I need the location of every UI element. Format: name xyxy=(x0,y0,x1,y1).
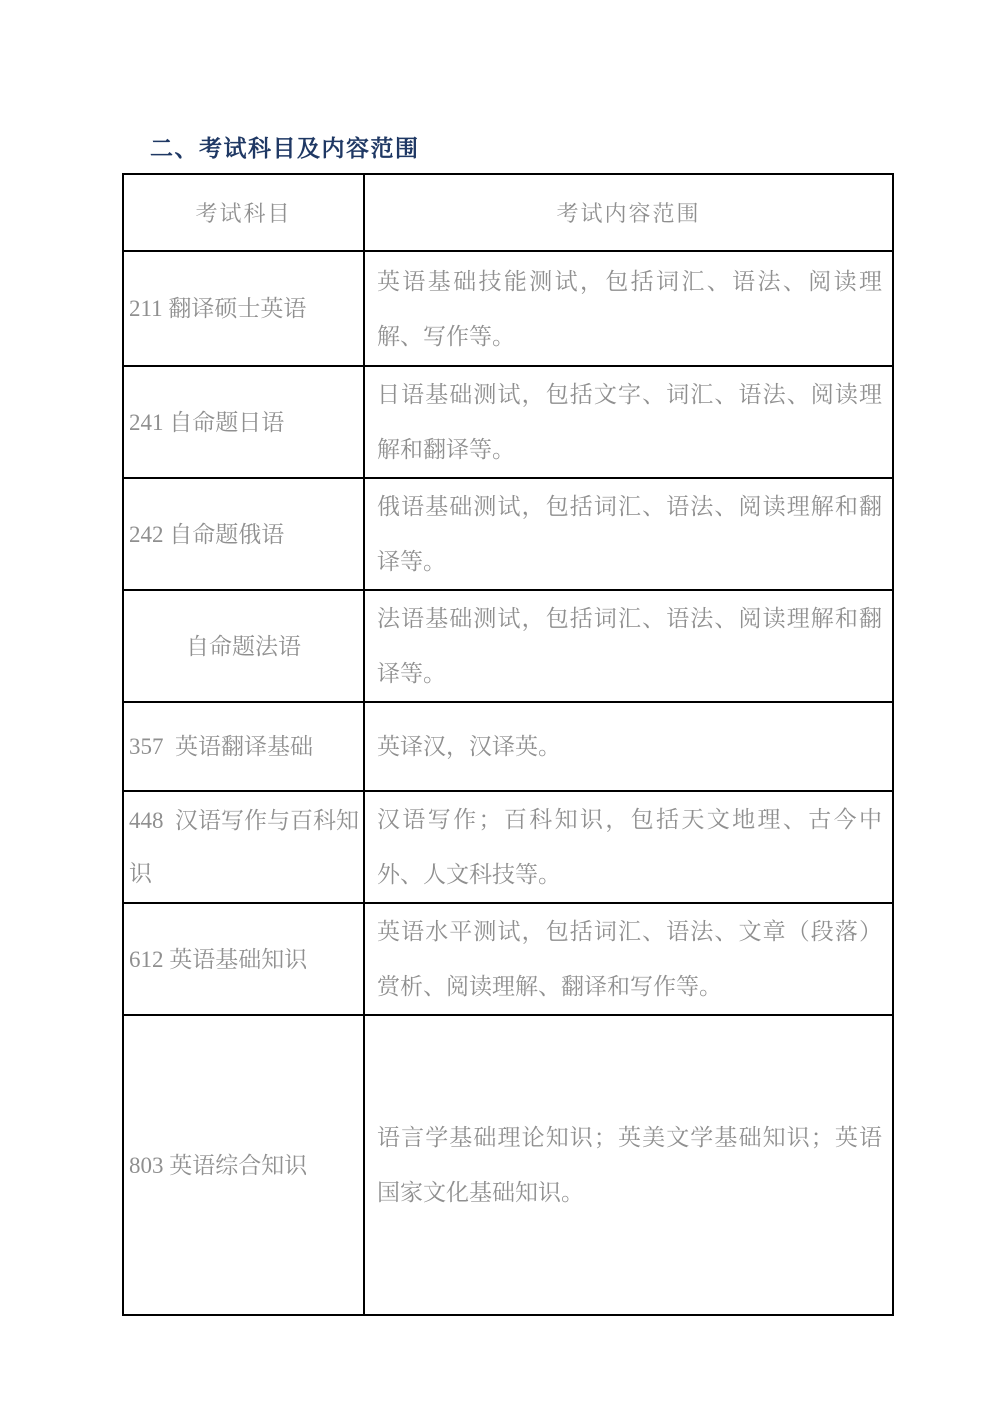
table-row: 242 自命题俄语 俄语基础测试，包括词汇、语法、阅读理解和翻译等。 xyxy=(123,478,893,590)
subject-cell: 242 自命题俄语 xyxy=(123,478,364,590)
header-exam-subject: 考试科目 xyxy=(123,174,364,251)
content-cell: 俄语基础测试，包括词汇、语法、阅读理解和翻译等。 xyxy=(364,478,893,590)
document-page: 二、考试科目及内容范围 考试科目 考试内容范围 211 翻译硕士英语 英语基础技… xyxy=(0,0,992,1403)
content-cell: 英语基础技能测试，包括词汇、语法、阅读理解、写作等。 xyxy=(364,251,893,366)
content-cell: 法语基础测试，包括词汇、语法、阅读理解和翻译等。 xyxy=(364,590,893,702)
table-row: 612 英语基础知识 英语水平测试，包括词汇、语法、文章（段落）赏析、阅读理解、… xyxy=(123,903,893,1015)
content-cell: 语言学基础理论知识；英美文学基础知识；英语国家文化基础知识。 xyxy=(364,1015,893,1315)
table-row: 357 英语翻译基础 英译汉，汉译英。 xyxy=(123,702,893,791)
content-cell: 英译汉，汉译英。 xyxy=(364,702,893,791)
section-heading: 二、考试科目及内容范围 xyxy=(150,130,420,163)
table-row: 803 英语综合知识 语言学基础理论知识；英美文学基础知识；英语国家文化基础知识… xyxy=(123,1015,893,1315)
subject-cell: 自命题法语 xyxy=(123,590,364,702)
content-cell: 英语水平测试，包括词汇、语法、文章（段落）赏析、阅读理解、翻译和写作等。 xyxy=(364,903,893,1015)
subject-cell: 357 英语翻译基础 xyxy=(123,702,364,791)
table-row: 自命题法语 法语基础测试，包括词汇、语法、阅读理解和翻译等。 xyxy=(123,590,893,702)
subject-cell: 612 英语基础知识 xyxy=(123,903,364,1015)
exam-subjects-table: 考试科目 考试内容范围 211 翻译硕士英语 英语基础技能测试，包括词汇、语法、… xyxy=(122,173,894,1316)
subject-cell: 241 自命题日语 xyxy=(123,366,364,478)
subject-cell: 211 翻译硕士英语 xyxy=(123,251,364,366)
table-row: 211 翻译硕士英语 英语基础技能测试，包括词汇、语法、阅读理解、写作等。 xyxy=(123,251,893,366)
table-row: 241 自命题日语 日语基础测试，包括文字、词汇、语法、阅读理解和翻译等。 xyxy=(123,366,893,478)
content-cell: 汉语写作；百科知识，包括天文地理、古今中外、人文科技等。 xyxy=(364,791,893,903)
header-exam-content-scope: 考试内容范围 xyxy=(364,174,893,251)
subject-cell: 448 汉语写作与百科知识 xyxy=(123,791,364,903)
table-header-row: 考试科目 考试内容范围 xyxy=(123,174,893,251)
table-row: 448 汉语写作与百科知识 汉语写作；百科知识，包括天文地理、古今中外、人文科技… xyxy=(123,791,893,903)
content-cell: 日语基础测试，包括文字、词汇、语法、阅读理解和翻译等。 xyxy=(364,366,893,478)
subject-cell: 803 英语综合知识 xyxy=(123,1015,364,1315)
